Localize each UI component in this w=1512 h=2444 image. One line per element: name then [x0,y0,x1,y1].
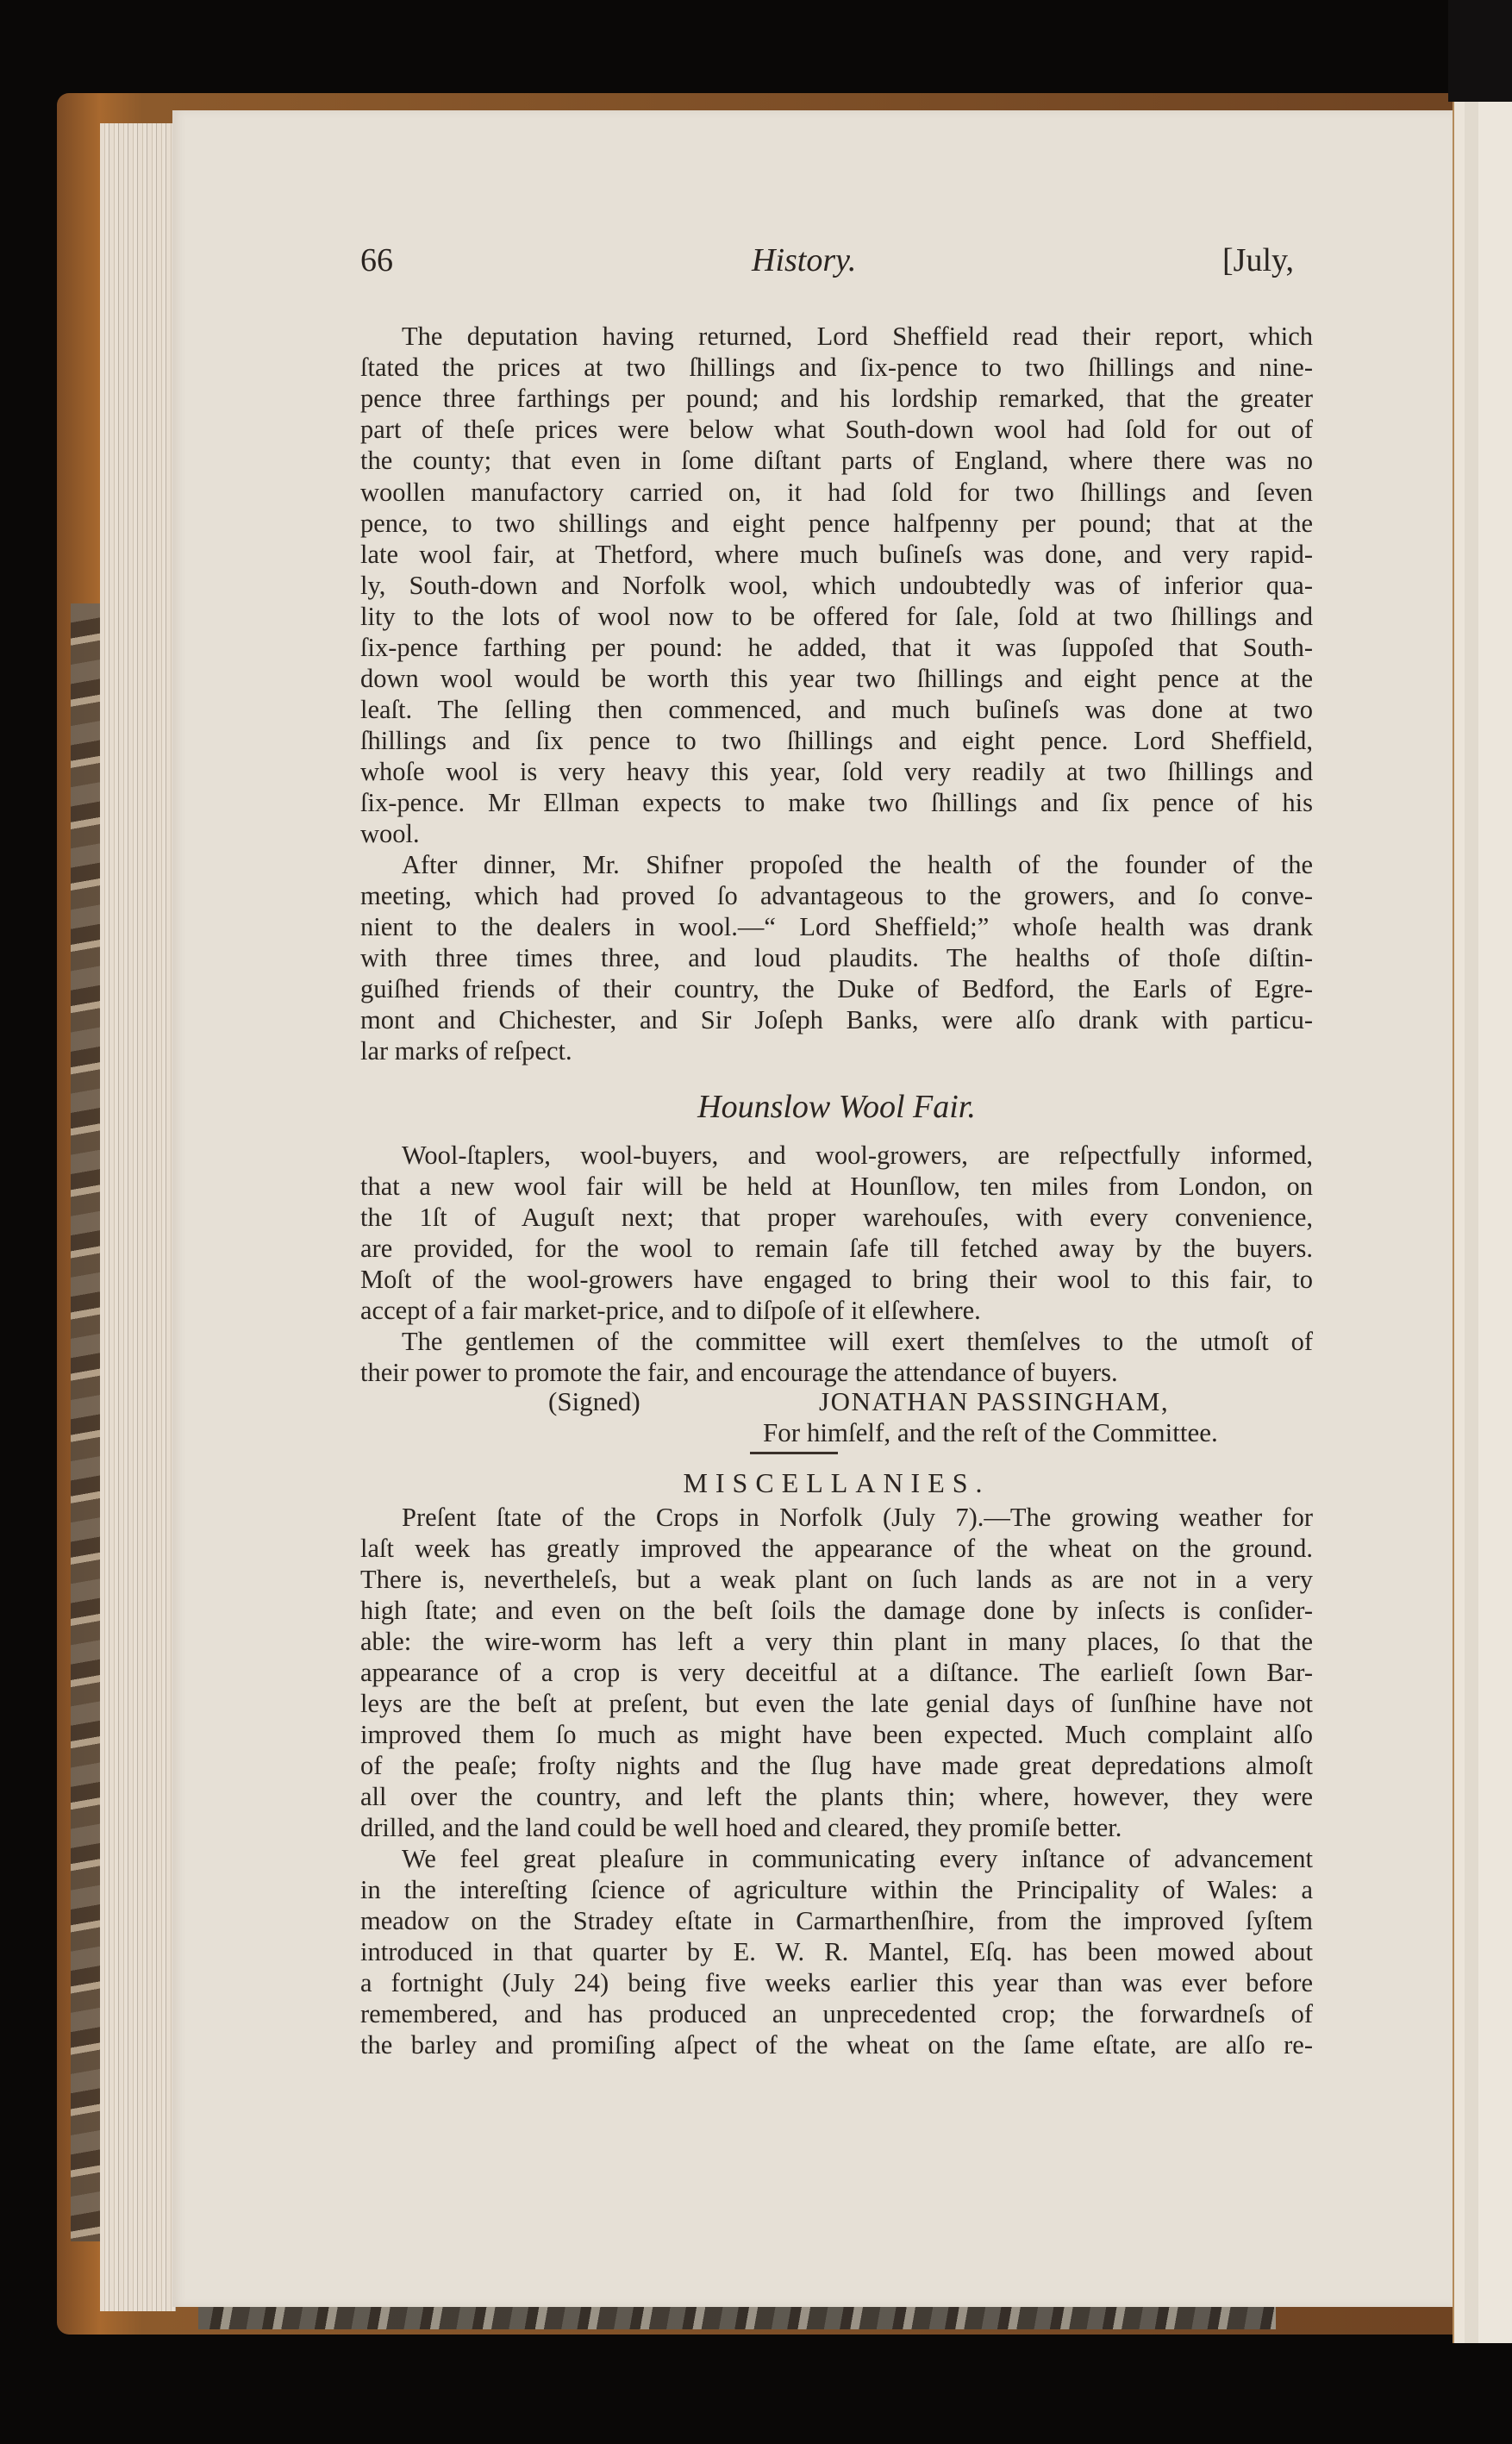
facing-page-edge [1453,102,1512,2343]
text-line: laſt week has greatly improved the appea… [360,1533,1313,1564]
marbled-cover-edge [71,603,100,2241]
text-line: guiſhed friends of their country, the Du… [360,973,1313,1004]
text-line: with three times three, and loud plaudit… [360,942,1313,973]
text-line: introduced in that quarter by E. W. R. M… [360,1936,1313,1967]
text-line: the barley and promiſing aſpect of the w… [360,2029,1313,2060]
text-line: part of theſe prices were below what Sou… [360,414,1313,445]
text-line: improved them ſo much as might have been… [360,1719,1313,1750]
text-line: Preſent ſtate of the Crops in Norfolk (J… [360,1502,1313,1533]
text-line: their power to promote the fair, and enc… [360,1357,1313,1388]
text-line: Wool-ſtaplers, wool-buyers, and wool-gro… [360,1140,1313,1171]
text-line: whoſe wool is very heavy this year, ſold… [360,756,1313,787]
text-line: all over the country, and left the plant… [360,1781,1313,1812]
text-line: After dinner, Mr. Shifner propoſed the h… [360,849,1313,880]
running-month: [July, [1222,243,1294,278]
text-line: The gentlemen of the committee will exer… [360,1326,1313,1357]
text-line: The deputation having returned, Lord She… [360,321,1313,352]
text-line: appearance of a crop is very deceitful a… [360,1657,1313,1688]
signatory-note: For himſelf, and the reſt of the Committ… [763,1417,1218,1448]
text-line: that a new wool fair will be held at Hou… [360,1171,1313,1202]
text-line: in the intereſting ſcience of agricultur… [360,1874,1313,1905]
signed-label: (Signed) [548,1386,640,1417]
text-line: leaſt. The ſelling then commenced, and m… [360,694,1313,725]
signatory-name: JONATHAN PASSINGHAM, [819,1386,1169,1417]
running-title: History. [752,243,856,278]
text-line: able: the wire-worm has left a very thin… [360,1626,1313,1657]
text-line: We feel great pleaſure in communicating … [360,1843,1313,1874]
section-divider [750,1452,838,1454]
text-line: down wool would be worth this year two ſ… [360,663,1313,694]
text-line: mont and Chichester, and Sir Joſeph Bank… [360,1004,1313,1035]
page-fore-edges [100,123,176,2311]
text-line: drilled, and the land could be well hoed… [360,1812,1313,1843]
text-line: a fortnight (July 24) being five weeks e… [360,1967,1313,1998]
text-line: nient to the dealers in wool.—“ Lord She… [360,911,1313,942]
text-line: high ſtate; and even on the beſt ſoils t… [360,1595,1313,1626]
text-line: accept of a fair market-price, and to di… [360,1295,1313,1326]
text-line: of the peaſe; froſty nights and the ſlug… [360,1750,1313,1781]
text-line: wool. [360,818,1313,849]
text-line: ſhillings and ſix pence to two ſhillings… [360,725,1313,756]
text-line: lity to the lots of wool now to be offer… [360,601,1313,632]
text-line: meeting, which had proved ſo advantageou… [360,880,1313,911]
text-line: leys are the beſt at preſent, but even t… [360,1688,1313,1719]
text-line: pence three farthings per pound; and his… [360,383,1313,414]
text-line: lar marks of reſpect. [360,1035,1313,1066]
page-number: 66 [360,243,393,278]
text-line: ly, South-down and Norfolk wool, which u… [360,570,1313,601]
text-line: are provided, for the wool to remain ſaf… [360,1233,1313,1264]
text-line: ſix-pence. Mr Ellman expects to make two… [360,787,1313,818]
section-heading-miscellanies: MISCELLANIES. [360,1466,1313,1500]
section-heading-hounslow: Hounslow Wool Fair. [360,1088,1313,1126]
text-line: ſix-pence farthing per pound: he added, … [360,632,1313,663]
marbled-cover-bottom [198,2303,1276,2329]
text-line: meadow on the Stradey eſtate in Carmarth… [360,1905,1313,1936]
text-line: There is, nevertheleſs, but a weak plant… [360,1564,1313,1595]
text-line: ſtated the prices at two ſhillings and ſ… [360,352,1313,383]
text-line: the county; that even in ſome diſtant pa… [360,445,1313,476]
text-line: Moſt of the wool-growers have engaged to… [360,1264,1313,1295]
text-line: pence, to two shillings and eight pence … [360,508,1313,539]
text-line: woollen manufactory carried on, it had ſ… [360,477,1313,508]
text-line: the 1ſt of Auguſt next; that proper ware… [360,1202,1313,1233]
background-corner [1448,0,1512,102]
text-line: late wool fair, at Thetford, where much … [360,539,1313,570]
text-line: remembered, and has produced an unpreced… [360,1998,1313,2029]
